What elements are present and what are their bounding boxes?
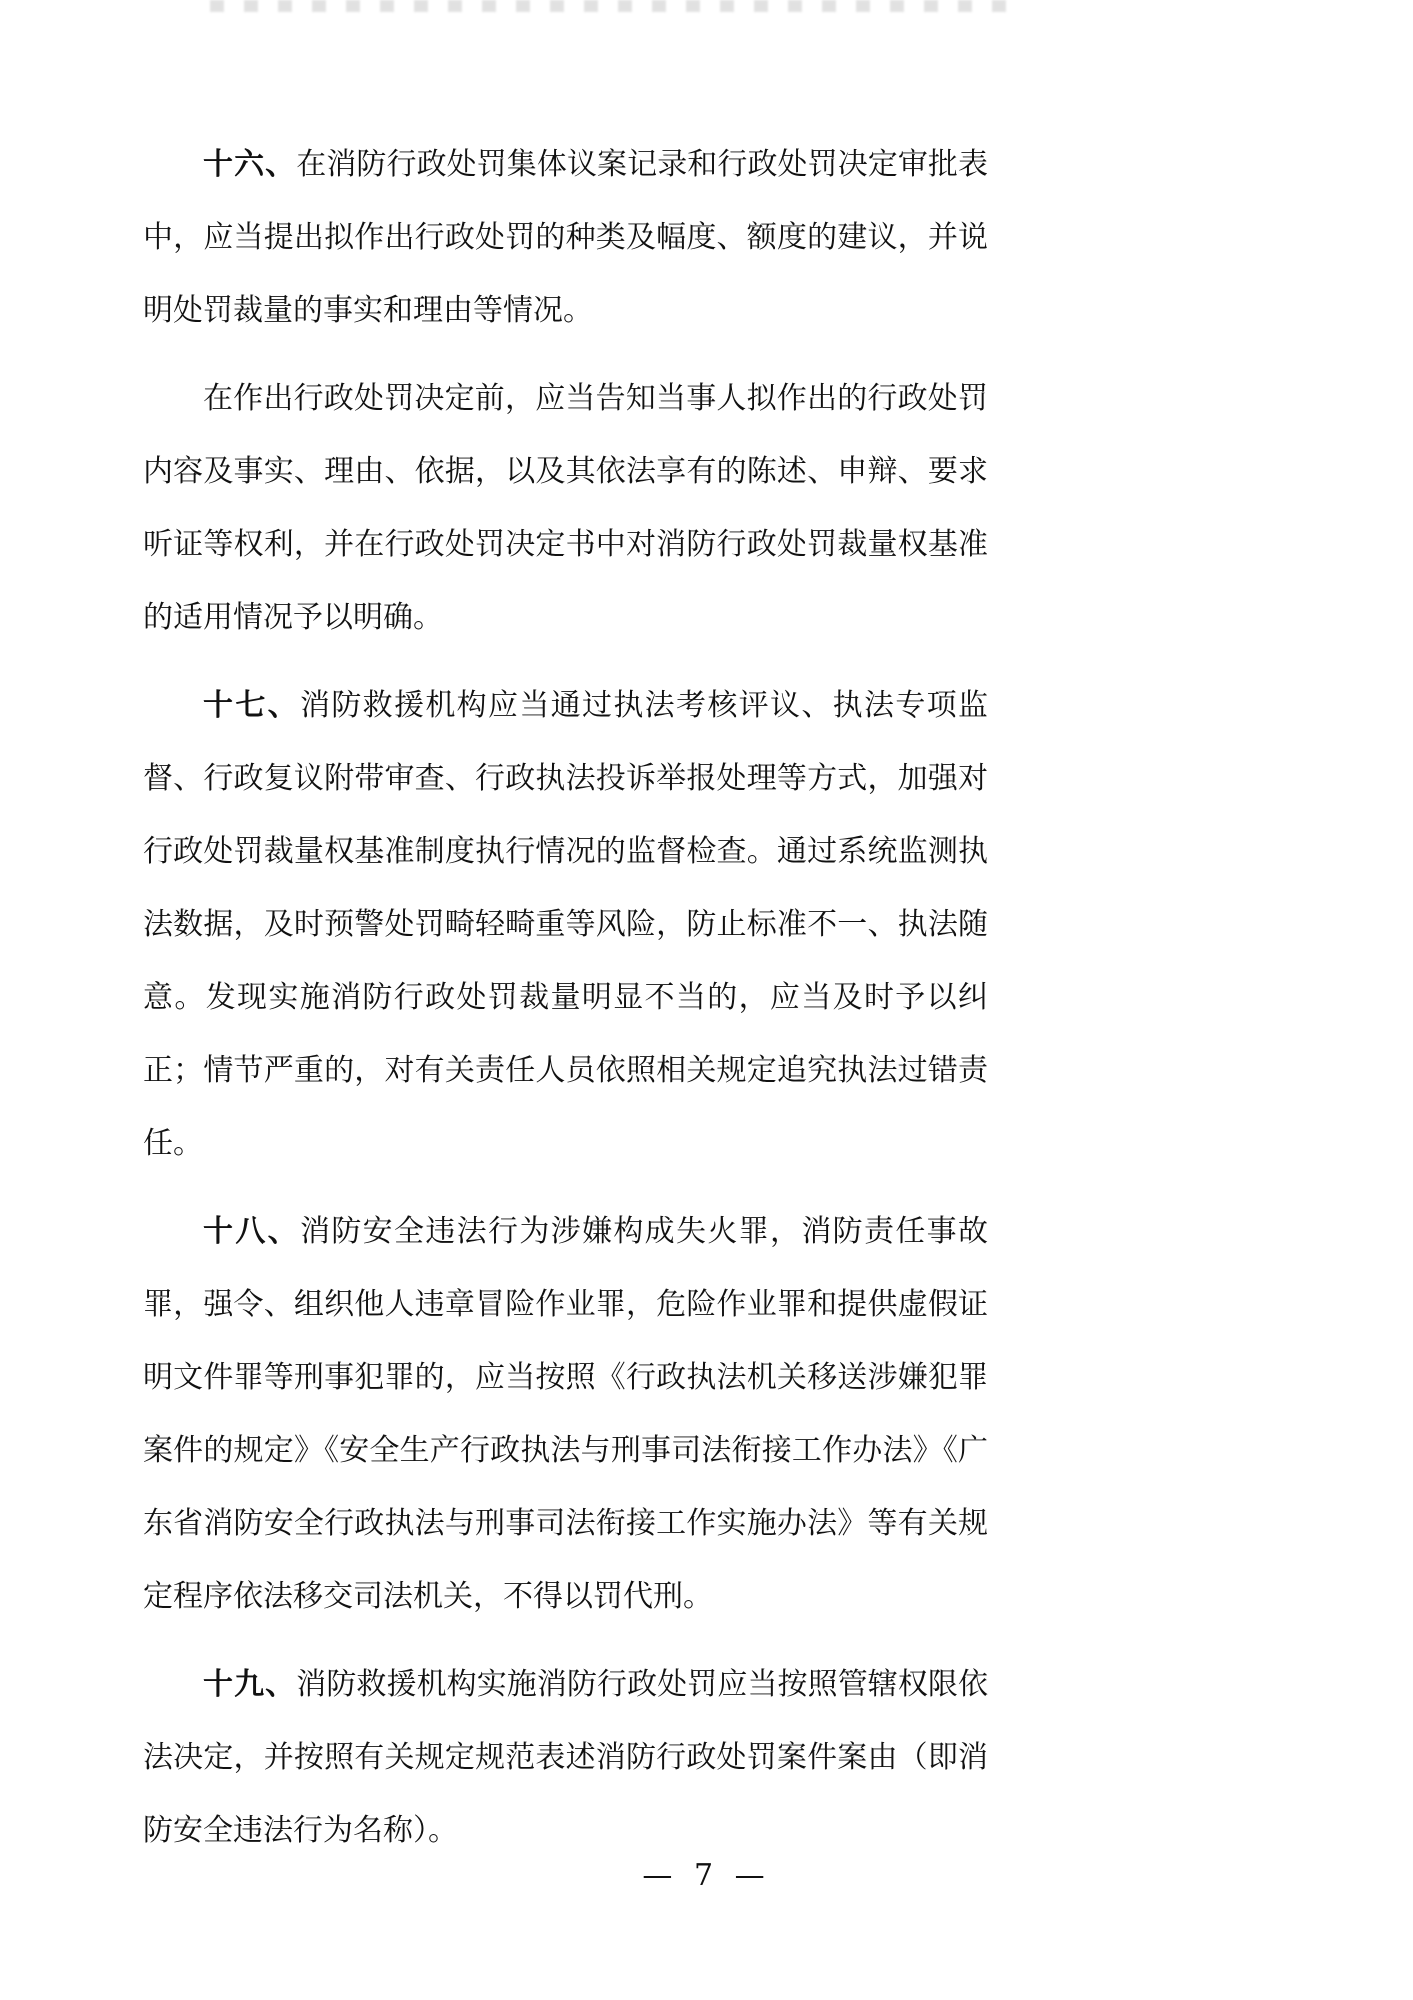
page-number: — 7 — [0, 1858, 1413, 1893]
paragraph: 十六、在消防行政处罚集体议案记录和行政处罚决定审批表中，应当提出拟作出行政处罚的… [143, 128, 988, 347]
paragraph: 十七、消防救援机构应当通过执法考核评议、执法专项监督、行政复议附带审查、行政执法… [143, 669, 988, 1180]
paragraph: 在作出行政处罚决定前，应当告知当事人拟作出的行政处罚内容及事实、理由、依据，以及… [143, 362, 988, 654]
paragraph-text: 消防救援机构应当通过执法考核评议、执法专项监督、行政复议附带审查、行政执法投诉举… [143, 688, 988, 1161]
paragraph: 十九、消防救援机构实施消防行政处罚应当按照管辖权限依法决定，并按照有关规定规范表… [143, 1648, 988, 1867]
paragraph: 十八、消防安全违法行为涉嫌构成失火罪，消防责任事故罪，强令、组织他人违章冒险作业… [143, 1195, 988, 1633]
paragraph-lead: 十七、 [203, 688, 300, 723]
document-body: 十六、在消防行政处罚集体议案记录和行政处罚决定审批表中，应当提出拟作出行政处罚的… [143, 128, 988, 1882]
paragraph-text: 在作出行政处罚决定前，应当告知当事人拟作出的行政处罚内容及事实、理由、依据，以及… [143, 381, 988, 635]
paragraph-text: 消防安全违法行为涉嫌构成失火罪，消防责任事故罪，强令、组织他人违章冒险作业罪，危… [143, 1214, 988, 1614]
scan-artifact [210, 0, 1010, 12]
paragraph-lead: 十六、 [203, 147, 296, 182]
paragraph-lead: 十九、 [203, 1667, 296, 1702]
paragraph-lead: 十八、 [203, 1214, 300, 1249]
